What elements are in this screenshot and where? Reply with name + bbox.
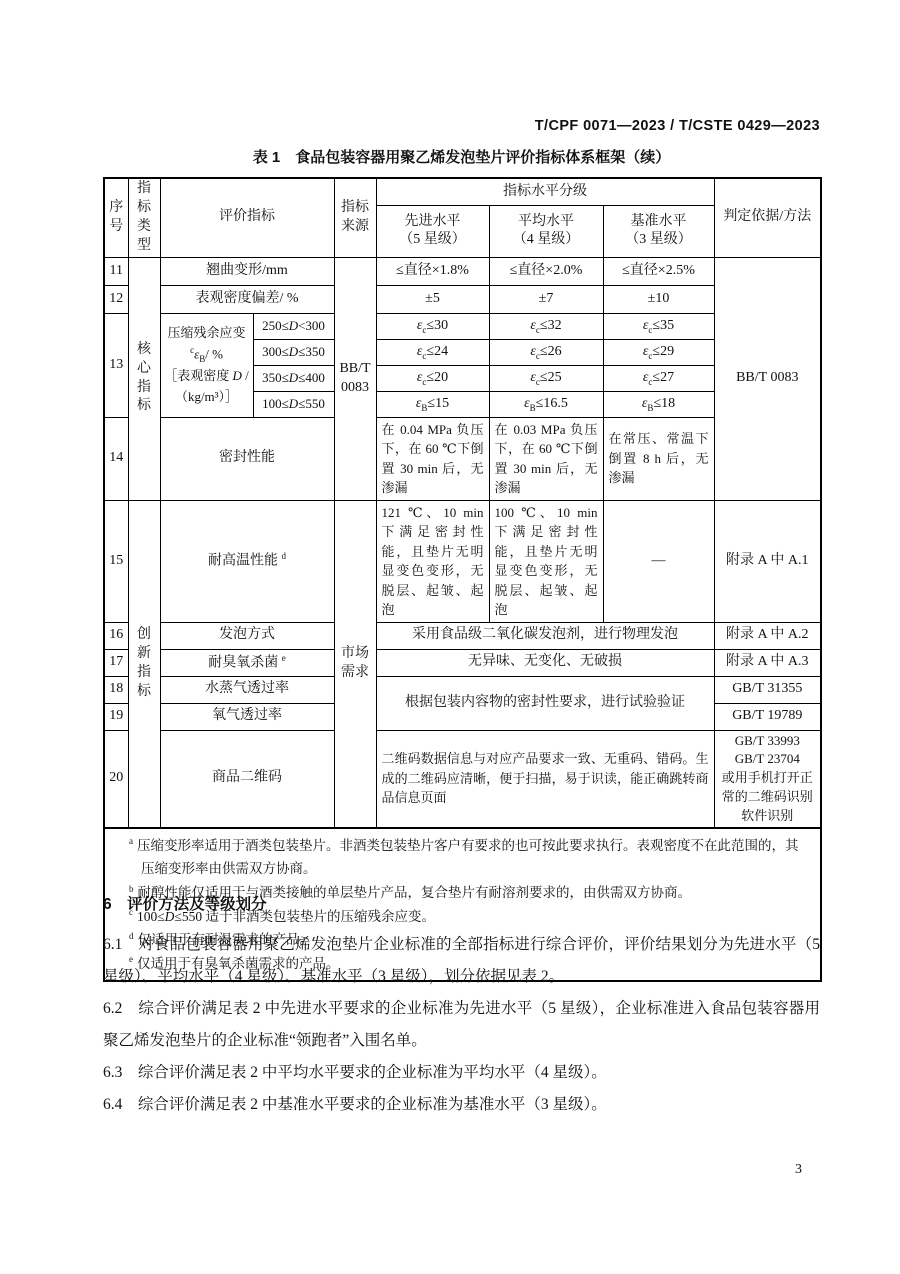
table-row: 18 水蒸气透过率 根据包装内容物的密封性要求，进行试验验证 GB/T 3135… xyxy=(104,676,821,703)
requirement-value: 二维码数据信息与对应产品要求一致、无重码、错码。生成的二维码应清晰，便于扫描，易… xyxy=(376,730,714,828)
footnote-text: 压缩变形率适用于酒类包装垫片。非酒类包装垫片客户有要求的也可按此要求执行。表观密… xyxy=(137,838,799,877)
advanced-value: 在 0.04 MPa 负压下，在 60 ℃下倒置 30 min 后，无渗漏 xyxy=(376,417,489,500)
indicator-name: 压缩残余应变cεB/ %［表观密度 D /（kg/m³）］ xyxy=(160,313,253,417)
advanced-value: ±5 xyxy=(376,285,489,313)
table-row: 20 商品二维码 二维码数据信息与对应产品要求一致、无重码、错码。生成的二维码应… xyxy=(104,730,821,828)
table-row: 13 压缩残余应变cεB/ %［表观密度 D /（kg/m³）］ 250≤D<3… xyxy=(104,313,821,339)
indicator-name: 表观密度偏差/ % xyxy=(160,285,334,313)
paragraph-6-1: 6.1 对食品包装容器用聚乙烯发泡垫片企业标准的全部指标进行综合评价，评价结果划… xyxy=(103,929,820,993)
row-number: 20 xyxy=(104,730,128,828)
baseline-value: εc≤35 xyxy=(603,313,714,339)
column-header-grading: 指标水平分级 xyxy=(376,178,714,206)
indicator-name: 耐高温性能 d xyxy=(160,500,334,622)
judgment-cell: 附录 A 中 A.2 xyxy=(714,622,821,649)
paragraph-6-2: 6.2 综合评价满足表 2 中先进水平要求的企业标准为先进水平（5 星级），企业… xyxy=(103,993,820,1057)
density-range: 350≤D≤400 xyxy=(253,365,334,391)
indicator-name: 商品二维码 xyxy=(160,730,334,828)
paragraph-6-3: 6.3 综合评价满足表 2 中平均水平要求的企业标准为平均水平（4 星级）。 xyxy=(103,1057,820,1089)
average-value: ≤直径×2.0% xyxy=(489,257,603,285)
table-title: 表 1 食品包装容器用聚乙烯发泡垫片评价指标体系框架（续） xyxy=(103,146,820,167)
judgment-cell: GB/T 33993GB/T 23704或用手机打开正常的二维码识别软件识别 xyxy=(714,730,821,828)
indicator-name: 耐臭氧杀菌 e xyxy=(160,649,334,676)
advanced-value: εc≤30 xyxy=(376,313,489,339)
advanced-value: 121 ℃、10 min 下满足密封性能，且垫片无明显变色变形，无脱层、起皱、起… xyxy=(376,500,489,622)
section-6: 6 评价方法及等级划分 6.1 对食品包装容器用聚乙烯发泡垫片企业标准的全部指标… xyxy=(103,892,820,1121)
judgment-cell-core: BB/T 0083 xyxy=(714,257,821,500)
table-row: 16 发泡方式 采用食品级二氧化碳发泡剂，进行物理发泡 附录 A 中 A.2 xyxy=(104,622,821,649)
requirement-value: 无异味、无变化、无破损 xyxy=(376,649,714,676)
advanced-value: εB≤15 xyxy=(376,391,489,417)
average-value: εB≤16.5 xyxy=(489,391,603,417)
column-header-judgment: 判定依据/方法 xyxy=(714,178,821,257)
section-heading: 6 评价方法及等级划分 xyxy=(103,892,820,914)
column-header-seq: 序号 xyxy=(104,178,128,257)
row-number: 19 xyxy=(104,703,128,730)
paragraph-6-4: 6.4 综合评价满足表 2 中基准水平要求的企业标准为基准水平（3 星级）。 xyxy=(103,1089,820,1121)
column-header-average: 平均水平（4 星级） xyxy=(489,206,603,257)
average-value: 在 0.03 MPa 负压下，在 60 ℃下倒置 30 min 后，无渗漏 xyxy=(489,417,603,500)
source-cell-innovation: 市场需求 xyxy=(334,500,376,828)
type-group-innovation: 创新指标 xyxy=(128,500,160,828)
column-header-baseline: 基准水平（3 星级） xyxy=(603,206,714,257)
column-header-indicator: 评价指标 xyxy=(160,178,334,257)
row-number: 17 xyxy=(104,649,128,676)
row-number: 14 xyxy=(104,417,128,500)
table-row: 11 核心指标 翘曲变形/mm BB/T 0083 ≤直径×1.8% ≤直径×2… xyxy=(104,257,821,285)
judgment-cell: GB/T 31355 xyxy=(714,676,821,703)
row-number: 16 xyxy=(104,622,128,649)
baseline-value: εc≤27 xyxy=(603,365,714,391)
average-value: ±7 xyxy=(489,285,603,313)
row-number: 15 xyxy=(104,500,128,622)
density-range: 250≤D<300 xyxy=(253,313,334,339)
density-range: 300≤D≤350 xyxy=(253,339,334,365)
document-page: T/CPF 0071—2023 / T/CSTE 0429—2023 表 1 食… xyxy=(0,0,900,1274)
advanced-value: εc≤24 xyxy=(376,339,489,365)
column-header-type: 指标类型 xyxy=(128,178,160,257)
column-header-source: 指标来源 xyxy=(334,178,376,257)
row-number: 13 xyxy=(104,313,128,417)
row-number: 18 xyxy=(104,676,128,703)
table-row: 14 密封性能 在 0.04 MPa 负压下，在 60 ℃下倒置 30 min … xyxy=(104,417,821,500)
average-value: εc≤25 xyxy=(489,365,603,391)
requirement-value: 采用食品级二氧化碳发泡剂，进行物理发泡 xyxy=(376,622,714,649)
source-cell-core: BB/T 0083 xyxy=(334,257,376,500)
indicator-name: 氧气透过率 xyxy=(160,703,334,730)
baseline-value: εc≤29 xyxy=(603,339,714,365)
footnote-item: a压缩变形率适用于酒类包装垫片。非酒类包装垫片客户有要求的也可按此要求执行。表观… xyxy=(119,834,810,881)
average-value: εc≤26 xyxy=(489,339,603,365)
judgment-cell: 附录 A 中 A.3 xyxy=(714,649,821,676)
indicator-name: 翘曲变形/mm xyxy=(160,257,334,285)
table-row: 12 表观密度偏差/ % ±5 ±7 ±10 xyxy=(104,285,821,313)
row-number: 12 xyxy=(104,285,128,313)
baseline-value: — xyxy=(603,500,714,622)
judgment-cell: GB/T 19789 xyxy=(714,703,821,730)
row-number: 11 xyxy=(104,257,128,285)
page-number: 3 xyxy=(795,1162,802,1178)
type-group-core: 核心指标 xyxy=(128,257,160,500)
density-range: 100≤D≤550 xyxy=(253,391,334,417)
baseline-value: εB≤18 xyxy=(603,391,714,417)
standard-number-header: T/CPF 0071—2023 / T/CSTE 0429—2023 xyxy=(535,118,820,134)
advanced-value: εc≤20 xyxy=(376,365,489,391)
indicator-name: 密封性能 xyxy=(160,417,334,500)
footnote-marker: a xyxy=(129,836,133,846)
average-value: εc≤32 xyxy=(489,313,603,339)
table-row: 15 创新指标 耐高温性能 d 市场需求 121 ℃、10 min 下满足密封性… xyxy=(104,500,821,622)
baseline-value: 在常压、常温下倒置 8 h 后，无渗漏 xyxy=(603,417,714,500)
indicator-table: 序号 指标类型 评价指标 指标来源 指标水平分级 判定依据/方法 先进水平（5 … xyxy=(103,177,822,982)
baseline-value: ±10 xyxy=(603,285,714,313)
table-row: 17 耐臭氧杀菌 e 无异味、无变化、无破损 附录 A 中 A.3 xyxy=(104,649,821,676)
column-header-advanced: 先进水平（5 星级） xyxy=(376,206,489,257)
advanced-value: ≤直径×1.8% xyxy=(376,257,489,285)
requirement-value: 根据包装内容物的密封性要求，进行试验验证 xyxy=(376,676,714,730)
judgment-cell: 附录 A 中 A.1 xyxy=(714,500,821,622)
indicator-name: 水蒸气透过率 xyxy=(160,676,334,703)
baseline-value: ≤直径×2.5% xyxy=(603,257,714,285)
average-value: 100 ℃、10 min 下满足密封性能，且垫片无明显变色变形，无脱层、起皱、起… xyxy=(489,500,603,622)
indicator-name: 发泡方式 xyxy=(160,622,334,649)
